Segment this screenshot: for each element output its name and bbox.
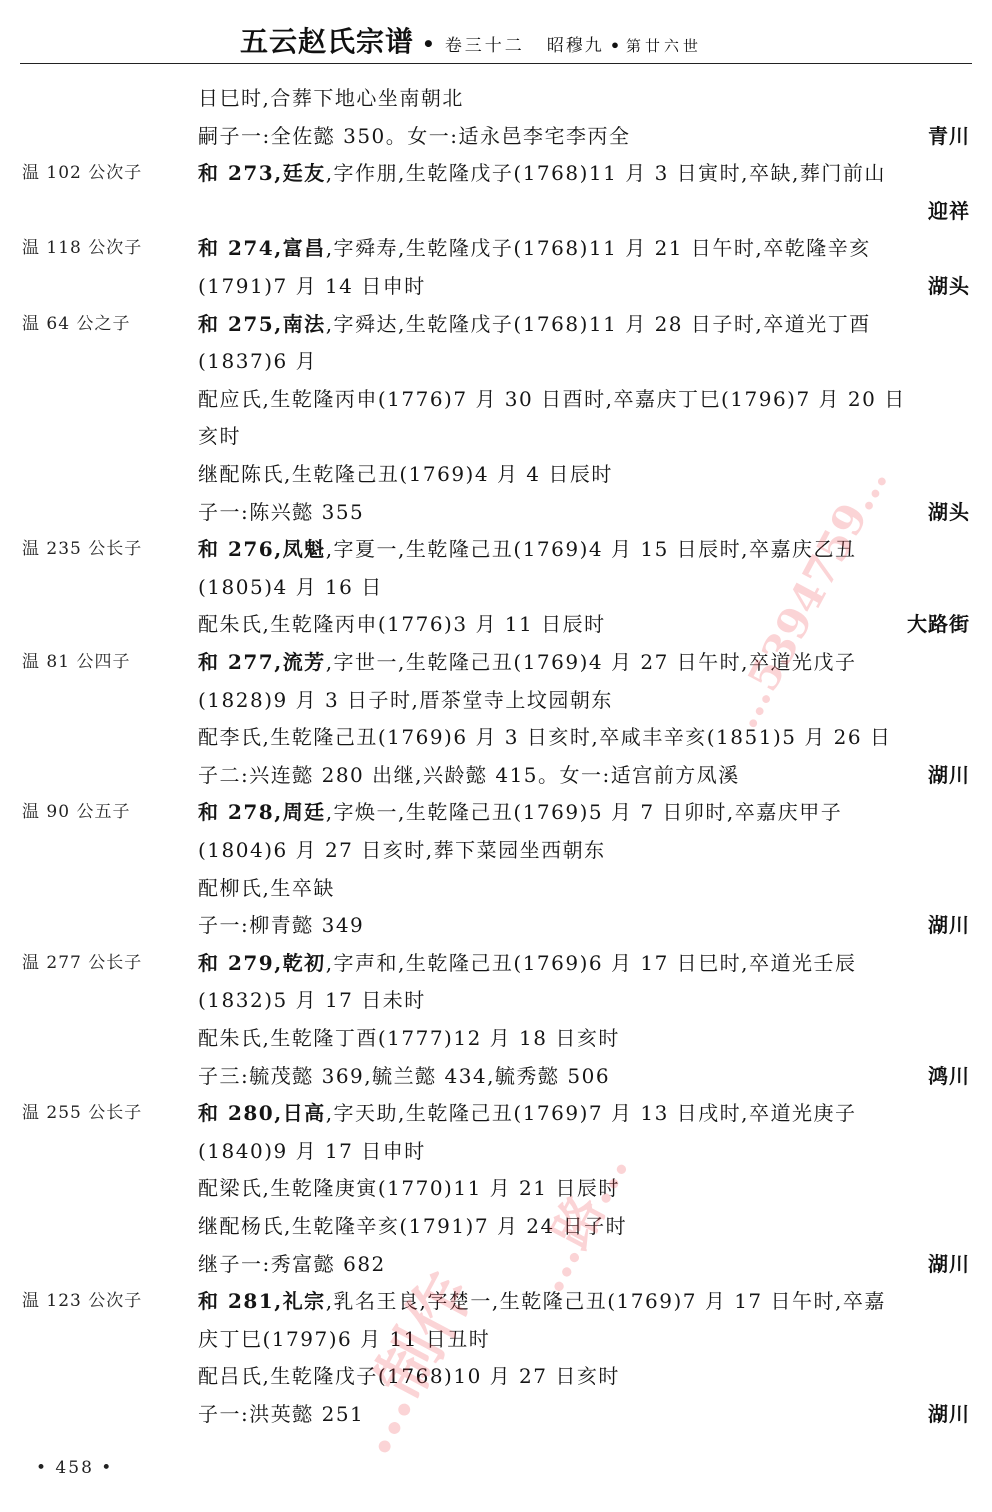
entry-text: 和 280,日高,字天助,生乾隆己丑(1769)7 月 13 日戌时,卒道光庚子 — [198, 1095, 968, 1133]
person-name: 周廷 — [283, 800, 326, 824]
entry-line: 配梁氏,生乾隆庚寅(1770)11 月 21 日辰时 — [0, 1170, 992, 1208]
entry-line: (1828)9 月 3 日子时,厝茶堂寺上坟园朝东 — [0, 682, 992, 720]
book-title: 五云赵氏宗谱 — [240, 20, 414, 60]
person-name: 日高 — [283, 1101, 326, 1125]
entry-line: (1791)7 月 14 日申时湖头 — [0, 268, 992, 306]
person-name: 廷友 — [283, 161, 326, 185]
parent-reference: 温 90 公五子 — [22, 794, 130, 832]
entry-line: 配朱氏,生乾隆丁酉(1777)12 月 18 日亥时 — [0, 1020, 992, 1058]
entry-text: (1828)9 月 3 日子时,厝茶堂寺上坟园朝东 — [198, 682, 968, 720]
entry-line-head: 温 255 公长子和 280,日高,字天助,生乾隆己丑(1769)7 月 13 … — [0, 1095, 992, 1133]
entry-text: 子二:兴连懿 280 出继,兴龄懿 415。女一:适宫前方凤溪 — [198, 757, 968, 795]
entry-id: 和 281, — [198, 1289, 283, 1313]
entry-line: 子一:陈兴懿 355湖头 — [0, 494, 992, 532]
entry-line: 继配陈氏,生乾隆己丑(1769)4 月 4 日辰时 — [0, 456, 992, 494]
entry-details: ,字天助,生乾隆己丑(1769)7 月 13 日戌时,卒道光庚子 — [326, 1101, 857, 1125]
residence-place: 青川 — [928, 118, 970, 156]
entry-line: 迎祥 — [0, 193, 992, 231]
entry-line: 配应氏,生乾隆丙申(1776)7 月 30 日酉时,卒嘉庆丁巳(1796)7 月… — [0, 381, 992, 419]
entry-id: 和 280, — [198, 1101, 283, 1125]
entry-text: 继子一:秀富懿 682 — [198, 1246, 968, 1284]
residence-place: 鸿川 — [928, 1058, 970, 1096]
generation-label: 第廿六世 — [626, 35, 702, 56]
parent-reference: 温 64 公之子 — [22, 306, 130, 344]
entry-id: 和 273, — [198, 161, 283, 185]
person-name: 南法 — [283, 312, 326, 336]
entry-line-head: 温 81 公四子和 277,流芳,字世一,生乾隆己丑(1769)4 月 27 日… — [0, 644, 992, 682]
entry-text: 配吕氏,生乾隆戊子(1768)10 月 27 日亥时 — [198, 1358, 968, 1396]
person-name: 乾初 — [283, 951, 326, 975]
person-name: 流芳 — [283, 650, 326, 674]
entry-text: 子一:洪英懿 251 — [198, 1396, 968, 1434]
entry-text: 和 273,廷友,字作朋,生乾隆戊子(1768)11 月 3 日寅时,卒缺,葬门… — [198, 155, 968, 193]
entry-line: 子一:洪英懿 251湖川 — [0, 1396, 992, 1434]
entry-line: 子一:柳青懿 349湖川 — [0, 907, 992, 945]
person-name: 富昌 — [283, 236, 326, 260]
entry-id: 和 278, — [198, 800, 283, 824]
entry-id: 和 276, — [198, 537, 283, 561]
entry-text: 和 281,礼宗,乳名王良,字楚一,生乾隆己丑(1769)7 月 17 日午时,… — [198, 1283, 968, 1321]
entry-text: 配朱氏,生乾隆丙申(1776)3 月 11 日辰时 — [198, 606, 968, 644]
person-name: 礼宗 — [283, 1289, 326, 1313]
entry-line-head: 温 123 公次子和 281,礼宗,乳名王良,字楚一,生乾隆己丑(1769)7 … — [0, 1283, 992, 1321]
entry-text: 配朱氏,生乾隆丁酉(1777)12 月 18 日亥时 — [198, 1020, 968, 1058]
entry-line: 庆丁巳(1797)6 月 11 日丑时 — [0, 1321, 992, 1359]
entry-text: (1837)6 月 — [198, 343, 968, 381]
entry-text: 亥时 — [198, 418, 968, 456]
entry-text: 子一:柳青懿 349 — [198, 907, 968, 945]
parent-reference: 温 102 公次子 — [22, 155, 142, 193]
entry-line: 继配杨氏,生乾隆辛亥(1791)7 月 24 日子时 — [0, 1208, 992, 1246]
entry-text: 和 274,富昌,字舜寿,生乾隆戊子(1768)11 月 21 日午时,卒乾隆辛… — [198, 230, 968, 268]
entry-details: ,字作朋,生乾隆戊子(1768)11 月 3 日寅时,卒缺,葬门前山 — [326, 161, 886, 185]
entry-line: 嗣子一:全佐懿 350。女一:适永邑李宅李丙全青川 — [0, 118, 992, 156]
entry-line: 日巳时,合葬下地心坐南朝北 — [0, 80, 992, 118]
parent-reference: 温 235 公长子 — [22, 531, 142, 569]
entry-details: ,字舜达,生乾隆戊子(1768)11 月 28 日子时,卒道光丁酉 — [326, 312, 871, 336]
entry-details: ,字舜寿,生乾隆戊子(1768)11 月 21 日午时,卒乾隆辛亥 — [326, 236, 871, 260]
entry-id: 和 274, — [198, 236, 283, 260]
entry-line: 配朱氏,生乾隆丙申(1776)3 月 11 日辰时大路街 — [0, 606, 992, 644]
entry-line: 亥时 — [0, 418, 992, 456]
entry-text: (1840)9 月 17 日申时 — [198, 1133, 968, 1171]
entry-text: (1804)6 月 27 日亥时,葬下菜园坐西朝东 — [198, 832, 968, 870]
residence-place: 湖川 — [928, 907, 970, 945]
entry-text: 配应氏,生乾隆丙申(1776)7 月 30 日酉时,卒嘉庆丁巳(1796)7 月… — [198, 381, 968, 419]
entry-text: 配柳氏,生卒缺 — [198, 870, 968, 908]
entry-line-head: 温 118 公次子和 274,富昌,字舜寿,生乾隆戊子(1768)11 月 21… — [0, 230, 992, 268]
entry-id: 和 279, — [198, 951, 283, 975]
entry-line: (1837)6 月 — [0, 343, 992, 381]
page-number: • 458 • — [36, 1458, 113, 1478]
parent-reference: 温 81 公四子 — [22, 644, 130, 682]
section-label: 昭穆九 — [547, 31, 604, 56]
entry-text: 子一:陈兴懿 355 — [198, 494, 968, 532]
residence-place: 湖头 — [928, 494, 970, 532]
parent-reference: 温 255 公长子 — [22, 1095, 142, 1133]
entry-text: (1805)4 月 16 日 — [198, 569, 968, 607]
volume-label: 卷三十二 — [445, 31, 525, 56]
entry-id: 和 275, — [198, 312, 283, 336]
entry-line: 配吕氏,生乾隆戊子(1768)10 月 27 日亥时 — [0, 1358, 992, 1396]
entry-line: 继子一:秀富懿 682湖川 — [0, 1246, 992, 1284]
entry-text: 和 278,周廷,字焕一,生乾隆己丑(1769)5 月 7 日卯时,卒嘉庆甲子 — [198, 794, 968, 832]
entry-text: 继配杨氏,生乾隆辛亥(1791)7 月 24 日子时 — [198, 1208, 968, 1246]
entry-text: 配梁氏,生乾隆庚寅(1770)11 月 21 日辰时 — [198, 1170, 968, 1208]
separator-dot: • — [610, 36, 620, 55]
separator-dot: • — [422, 32, 435, 56]
entry-text: 和 277,流芳,字世一,生乾隆己丑(1769)4 月 27 日午时,卒道光戊子 — [198, 644, 968, 682]
entry-line-head: 温 102 公次子和 273,廷友,字作朋,生乾隆戊子(1768)11 月 3 … — [0, 155, 992, 193]
residence-place: 湖川 — [928, 757, 970, 795]
entry-line-head: 温 64 公之子和 275,南法,字舜达,生乾隆戊子(1768)11 月 28 … — [0, 306, 992, 344]
header-rule — [20, 63, 972, 64]
parent-reference: 温 277 公长子 — [22, 945, 142, 983]
entry-text: 和 275,南法,字舜达,生乾隆戊子(1768)11 月 28 日子时,卒道光丁… — [198, 306, 968, 344]
entry-line-head: 温 235 公长子和 276,凤魁,字夏一,生乾隆己丑(1769)4 月 15 … — [0, 531, 992, 569]
entry-line: 配柳氏,生卒缺 — [0, 870, 992, 908]
entry-details: ,字焕一,生乾隆己丑(1769)5 月 7 日卯时,卒嘉庆甲子 — [326, 800, 843, 824]
residence-place: 湖川 — [928, 1396, 970, 1434]
entry-text: (1791)7 月 14 日申时 — [198, 268, 968, 306]
entry-text: 配李氏,生乾隆己丑(1769)6 月 3 日亥时,卒咸丰辛亥(1851)5 月 … — [198, 719, 968, 757]
residence-place: 湖头 — [928, 268, 970, 306]
entry-text: 嗣子一:全佐懿 350。女一:适永邑李宅李丙全 — [198, 118, 968, 156]
entry-details: ,字声和,生乾隆己丑(1769)6 月 17 日巳时,卒道光壬辰 — [326, 951, 857, 975]
parent-reference: 温 118 公次子 — [22, 230, 142, 268]
page-header: 五云赵氏宗谱 • 卷三十二 昭穆九 • 第廿六世 — [0, 0, 992, 64]
entry-line: 配李氏,生乾隆己丑(1769)6 月 3 日亥时,卒咸丰辛亥(1851)5 月 … — [0, 719, 992, 757]
entry-line-head: 温 90 公五子和 278,周廷,字焕一,生乾隆己丑(1769)5 月 7 日卯… — [0, 794, 992, 832]
entry-text: 日巳时,合葬下地心坐南朝北 — [198, 80, 968, 118]
person-name: 凤魁 — [283, 537, 326, 561]
entry-text: (1832)5 月 17 日未时 — [198, 982, 968, 1020]
entry-line: (1840)9 月 17 日申时 — [0, 1133, 992, 1171]
entry-id: 和 277, — [198, 650, 283, 674]
residence-place: 湖川 — [928, 1246, 970, 1284]
parent-reference: 温 123 公次子 — [22, 1283, 142, 1321]
entry-text: 和 279,乾初,字声和,生乾隆己丑(1769)6 月 17 日巳时,卒道光壬辰 — [198, 945, 968, 983]
entry-details: ,字夏一,生乾隆己丑(1769)4 月 15 日辰时,卒嘉庆乙丑 — [326, 537, 857, 561]
residence-place: 迎祥 — [928, 193, 970, 231]
entry-text: 继配陈氏,生乾隆己丑(1769)4 月 4 日辰时 — [198, 456, 968, 494]
entry-line-head: 温 277 公长子和 279,乾初,字声和,生乾隆己丑(1769)6 月 17 … — [0, 945, 992, 983]
entry-text: 和 276,凤魁,字夏一,生乾隆己丑(1769)4 月 15 日辰时,卒嘉庆乙丑 — [198, 531, 968, 569]
entry-details: ,字世一,生乾隆己丑(1769)4 月 27 日午时,卒道光戊子 — [326, 650, 857, 674]
entry-text: 庆丁巳(1797)6 月 11 日丑时 — [198, 1321, 968, 1359]
entry-details: ,乳名王良,字楚一,生乾隆己丑(1769)7 月 17 日午时,卒嘉 — [326, 1289, 886, 1313]
entry-line: (1804)6 月 27 日亥时,葬下菜园坐西朝东 — [0, 832, 992, 870]
entry-line: 子三:毓茂懿 369,毓兰懿 434,毓秀懿 506鸿川 — [0, 1058, 992, 1096]
entry-line: (1805)4 月 16 日 — [0, 569, 992, 607]
entry-line: 子二:兴连懿 280 出继,兴龄懿 415。女一:适宫前方凤溪湖川 — [0, 757, 992, 795]
residence-place: 大路街 — [907, 606, 970, 644]
entry-text: 子三:毓茂懿 369,毓兰懿 434,毓秀懿 506 — [198, 1058, 968, 1096]
entry-line: (1832)5 月 17 日未时 — [0, 982, 992, 1020]
